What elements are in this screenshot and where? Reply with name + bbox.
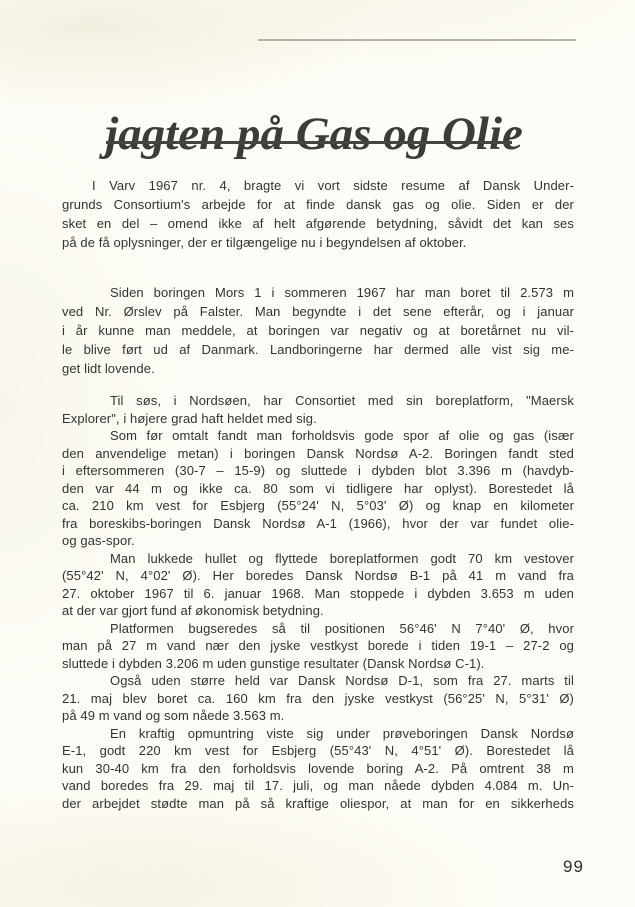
text-line: kun 30-40 km fra den forholdsvis lovende… bbox=[62, 760, 574, 778]
paragraph: En kraftig opmuntring viste sig under pr… bbox=[62, 725, 574, 813]
text-line: Også uden større held var Dansk Nordsø D… bbox=[62, 672, 574, 690]
text-line: og gas-spor. bbox=[62, 532, 574, 550]
text-line: man på 27 m vand nær den jyske vestkyst … bbox=[62, 637, 574, 655]
text-line: Man lukkede hullet og flyttede boreplatf… bbox=[62, 550, 574, 568]
text-line: på 49 m vand og som nåede 3.563 m. bbox=[62, 707, 574, 725]
page-number: 99 bbox=[563, 857, 584, 877]
text-line: 27. oktober 1967 til 6. januar 1968. Man… bbox=[62, 585, 574, 603]
text-line: En kraftig opmuntring viste sig under pr… bbox=[62, 725, 574, 743]
text-line: Platformen bugseredes så til positionen … bbox=[62, 620, 574, 638]
paragraph: Til søs, i Nordsøen, har Consortiet med … bbox=[62, 392, 574, 427]
text-line: den var 44 m og ikke ca. 80 som vi tidli… bbox=[62, 480, 574, 498]
text-line: i år kunne man meddele, at boringen var … bbox=[62, 321, 574, 340]
text-line: at der var gjort fund af økonomisk betyd… bbox=[62, 602, 574, 620]
paragraph: Man lukkede hullet og flyttede boreplatf… bbox=[62, 550, 574, 620]
text-line: i eftersommeren (30-7 – 15-9) og slutted… bbox=[62, 462, 574, 480]
body-paragraphs: I Varv 1967 nr. 4, bragte vi vort sidste… bbox=[62, 176, 574, 812]
paragraph: Siden boringen Mors 1 i sommeren 1967 ha… bbox=[62, 283, 574, 378]
text-line: fra boreskibs-boringen Dansk Nordsø A-1 … bbox=[62, 515, 574, 533]
text-line: Explorer", i højere grad haft heldet med… bbox=[62, 410, 574, 428]
text-line: vand boredes fra 29. maj til 17. juli, o… bbox=[62, 777, 574, 795]
text-line: E-1, godt 220 km vest for Esbjerg (55°43… bbox=[62, 742, 574, 760]
scanned-document-page: jagten på Gas og Olie I Varv 1967 nr. 4,… bbox=[0, 0, 635, 907]
text-line: I Varv 1967 nr. 4, bragte vi vort sidste… bbox=[62, 176, 574, 195]
top-scan-rule bbox=[258, 39, 576, 41]
text-line: på de få oplysninger, der er tilgængelig… bbox=[62, 233, 574, 252]
text-line: Til søs, i Nordsøen, har Consortiet med … bbox=[62, 392, 574, 410]
text-line: ved Nr. Ørslev på Falster. Man begyndte … bbox=[62, 302, 574, 321]
text-line: grunds Consortium's arbejde for at finde… bbox=[62, 195, 574, 214]
text-line: sluttede i dybden 3.206 m uden gunstige … bbox=[62, 655, 574, 673]
text-line: Siden boringen Mors 1 i sommeren 1967 ha… bbox=[62, 283, 574, 302]
text-line: ca. 210 km vest for Esbjerg (55°24' N, 5… bbox=[62, 497, 574, 515]
text-line: Som før omtalt fandt man forholdsvis god… bbox=[62, 427, 574, 445]
text-line: 21. maj blev boret ca. 160 km fra den jy… bbox=[62, 690, 574, 708]
text-line: sket en del – omend ikke af helt afgøren… bbox=[62, 214, 574, 233]
text-line: le blive ført ud af Danmark. Landboringe… bbox=[62, 340, 574, 359]
text-line: get lidt lovende. bbox=[62, 359, 574, 378]
text-line: der arbejdet stødte man på så kraftige o… bbox=[62, 795, 574, 813]
paragraph: Også uden større held var Dansk Nordsø D… bbox=[62, 672, 574, 725]
paragraph: Platformen bugseredes så til positionen … bbox=[62, 620, 574, 673]
paragraph: I Varv 1967 nr. 4, bragte vi vort sidste… bbox=[62, 176, 574, 252]
article-title: jagten på Gas og Olie bbox=[88, 111, 540, 158]
text-line: (55°42' N, 4°02' Ø). Her boredes Dansk N… bbox=[62, 567, 574, 585]
title-underline-rule bbox=[106, 141, 512, 144]
paragraph: Som før omtalt fandt man forholdsvis god… bbox=[62, 427, 574, 550]
text-line: den anvendelige metan) i boringen Dansk … bbox=[62, 445, 574, 463]
